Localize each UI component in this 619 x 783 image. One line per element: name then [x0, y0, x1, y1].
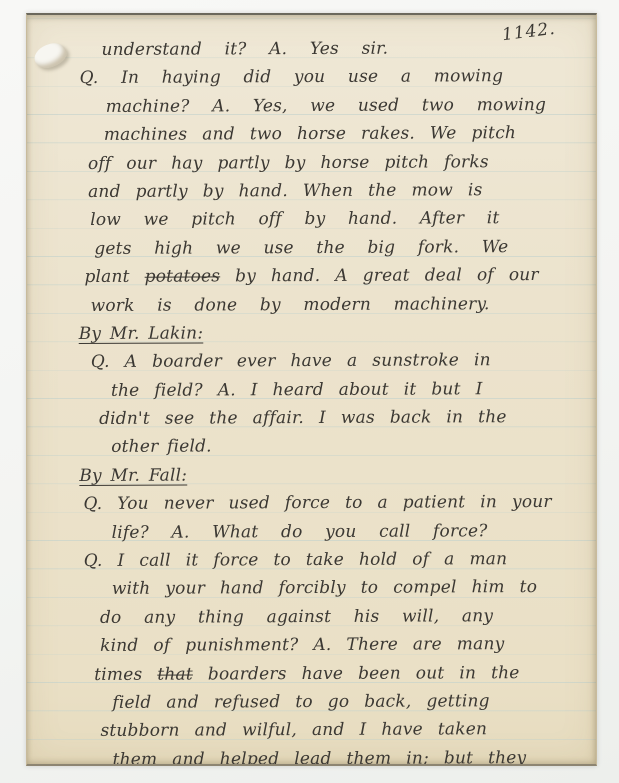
line-text: them and helped lead them in; but they	[113, 748, 527, 766]
manuscript-line: low we pitch off by hand. After it	[26, 204, 585, 235]
line-text: By Mr. Fall:	[79, 465, 187, 485]
line-text: Q. A boarder ever have a sunstroke in	[91, 351, 491, 373]
line-text: other field.	[111, 437, 212, 457]
manuscript-line: work is done by modern machinery.	[27, 289, 586, 320]
line-text: Q. You never used force to a patient in …	[83, 492, 551, 514]
manuscript-line: Q. In haying did you use a mowing	[26, 62, 585, 93]
manuscript-line: kind of punishment? A. There are many	[28, 630, 587, 661]
line-text: by hand. A great deal of our	[220, 265, 539, 286]
manuscript-line: understand it? A. Yes sir.	[26, 34, 585, 65]
manuscript-line: By Mr. Fall:	[27, 460, 586, 491]
manuscript-line: machine? A. Yes, we used two mowing	[26, 91, 585, 122]
struck-word: that	[157, 664, 193, 684]
struck-word: potatoes	[145, 267, 221, 287]
line-text: kind of punishment? A. There are many	[100, 634, 504, 656]
line-text: the field? A. I heard about it but I	[111, 379, 483, 401]
line-text: plant	[84, 267, 144, 287]
line-text: do any thing against his will, any	[100, 606, 493, 628]
line-text: life? A. What do you call force?	[112, 521, 488, 543]
manuscript-line: machines and two horse rakes. We pitch	[26, 119, 585, 150]
manuscript-line: Q. A boarder ever have a sunstroke in	[27, 346, 586, 377]
line-text: machine? A. Yes, we used two mowing	[106, 95, 546, 117]
manuscript-line: stubborn and wilful, and I have taken	[28, 715, 587, 746]
scanned-document-background: { "document": { "page_number": "1142.", …	[0, 0, 619, 783]
manuscript-line: life? A. What do you call force?	[27, 516, 586, 547]
line-text: field and refused to go back, getting	[112, 691, 489, 713]
line-text: machines and two horse rakes. We pitch	[104, 123, 516, 145]
manuscript-page: 1142. understand it? A. Yes sir.Q. In ha…	[26, 13, 597, 766]
manuscript-line: do any thing against his will, any	[28, 602, 587, 633]
line-text: low we pitch off by hand. After it	[90, 209, 499, 231]
manuscript-line: them and helped lead them in; but they	[28, 744, 587, 766]
line-text: gets high we use the big fork. We	[94, 237, 508, 259]
line-text: stubborn and wilful, and I have taken	[100, 720, 487, 742]
line-text: Q. I call it force to take hold of a man	[84, 549, 508, 571]
manuscript-text: understand it? A. Yes sir.Q. In haying d…	[26, 34, 597, 766]
line-text: By Mr. Lakin:	[79, 323, 204, 344]
line-text: understand it? A. Yes sir.	[101, 39, 388, 60]
line-text: boarders have been out in the	[193, 663, 520, 684]
line-text: off our hay partly by horse pitch forks	[88, 152, 489, 174]
line-text: with your hand forcibly to compel him to	[112, 577, 537, 599]
manuscript-line: other field.	[27, 431, 586, 462]
manuscript-line: off our hay partly by horse pitch forks	[26, 147, 585, 178]
manuscript-line: plant potatoes by hand. A great deal of …	[26, 261, 585, 292]
manuscript-line: the field? A. I heard about it but I	[27, 374, 586, 405]
manuscript-line: By Mr. Lakin:	[27, 318, 586, 349]
manuscript-line: gets high we use the big fork. We	[26, 233, 585, 264]
manuscript-line: Q. I call it force to take hold of a man	[28, 545, 587, 576]
line-text: and partly by hand. When the mow is	[88, 180, 482, 202]
manuscript-line: field and refused to go back, getting	[28, 687, 587, 718]
manuscript-line: and partly by hand. When the mow is	[26, 176, 585, 207]
line-text: Q. In haying did you use a mowing	[80, 67, 504, 89]
manuscript-line: Q. You never used force to a patient in …	[27, 488, 586, 519]
line-text: times	[94, 664, 157, 684]
line-text: didn't see the affair. I was back in the	[99, 407, 507, 429]
line-text: work is done by modern machinery.	[91, 294, 490, 316]
manuscript-line: times that boarders have been out in the	[28, 658, 587, 689]
manuscript-line: with your hand forcibly to compel him to	[28, 573, 587, 604]
manuscript-line: didn't see the affair. I was back in the	[27, 403, 586, 434]
